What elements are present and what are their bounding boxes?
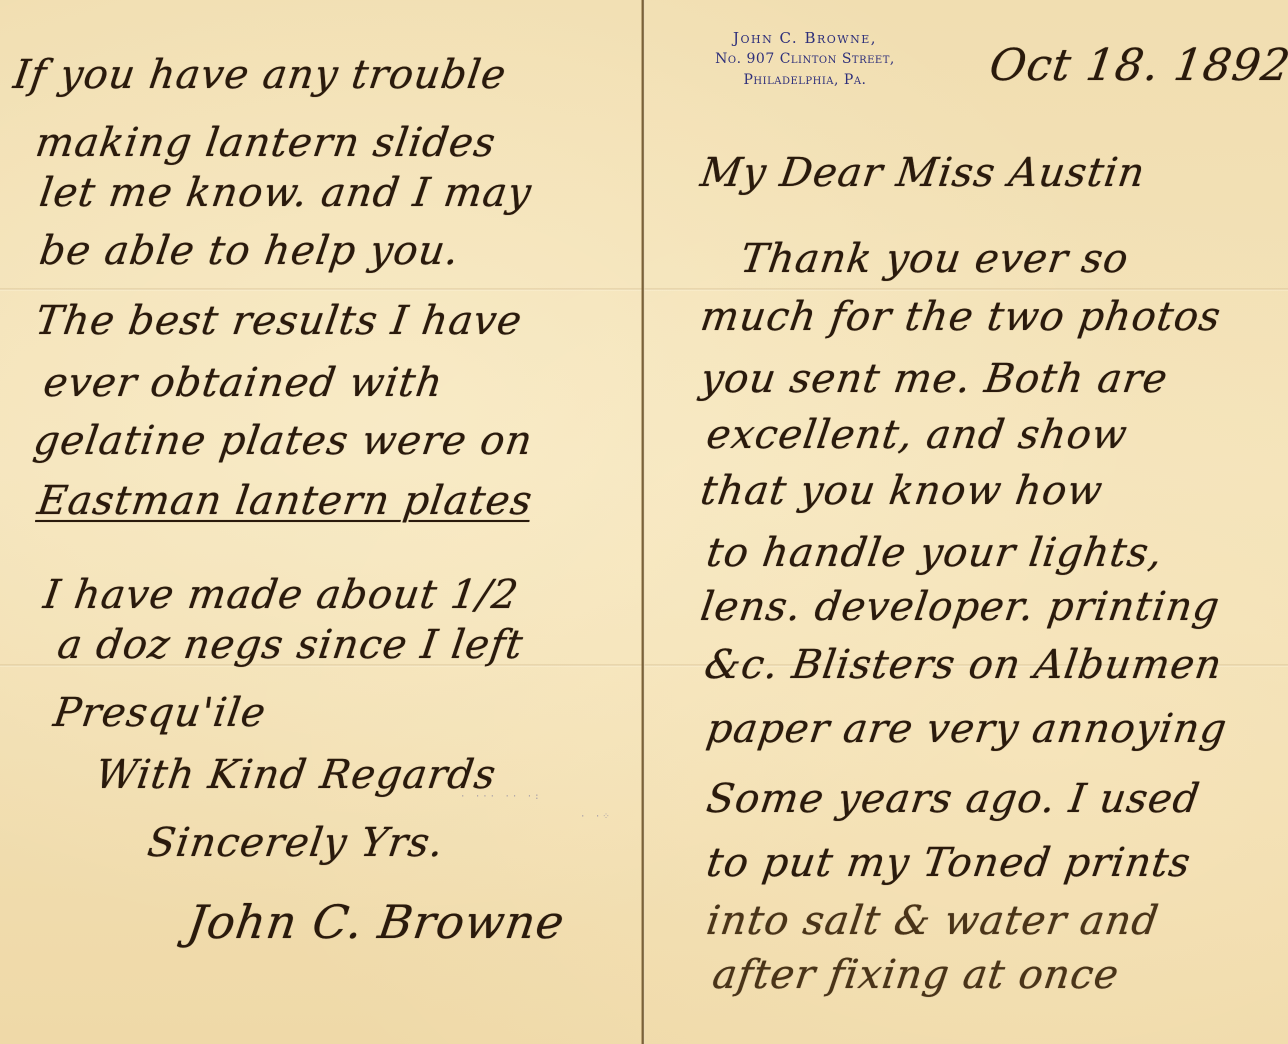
right-line-5: that you know how: [698, 468, 1106, 514]
left-line-2: making lantern slides: [33, 120, 499, 166]
right-line-8: &c. Blisters on Albumen: [702, 642, 1225, 688]
letterhead-name: John C. Browne,: [655, 28, 955, 49]
left-line-5: The best results I have: [33, 298, 525, 344]
right-line-6: to handle your lights,: [704, 530, 1166, 576]
valediction-line: Sincerely Yrs.: [145, 820, 447, 866]
letterhead: John C. Browne, No. 907 Clinton Street, …: [655, 28, 955, 91]
left-page: If you have any trouble making lantern s…: [0, 0, 641, 1044]
left-line-11: Presqu'ile: [51, 690, 269, 736]
right-line-10: Some years ago. I used: [704, 776, 1203, 822]
right-line-11: to put my Toned prints: [704, 840, 1194, 886]
left-line-4: be able to help you.: [37, 228, 463, 274]
right-line-1: Thank you ever so: [738, 236, 1132, 282]
right-page: John C. Browne, No. 907 Clinton Street, …: [645, 0, 1288, 1044]
right-line-3: you sent me. Both are: [698, 356, 1171, 402]
left-line-8: Eastman lantern plates: [35, 478, 536, 524]
closing-line: With Kind Regards: [93, 752, 499, 798]
right-line-9: paper are very annoying: [704, 706, 1230, 752]
stamp-residue-2: · ·⁘: [580, 812, 612, 822]
left-line-6: ever obtained with: [41, 360, 446, 406]
right-line-13: after fixing at once: [710, 952, 1122, 998]
right-line-7: lens. developer. printing: [698, 584, 1223, 630]
signature: John C. Browne: [184, 895, 568, 949]
letterhead-city: Philadelphia, Pa.: [655, 70, 955, 91]
left-line-10: a doz negs since I left: [55, 622, 527, 668]
right-line-2: much for the two photos: [698, 294, 1224, 340]
salutation: My Dear Miss Austin: [698, 150, 1148, 196]
stamp-residue-1: · ··· ·· ·:: [460, 792, 542, 802]
letterhead-address: No. 907 Clinton Street,: [655, 49, 955, 70]
left-line-9: I have made about 1/2: [41, 572, 522, 618]
right-line-12: into salt & water and: [704, 898, 1162, 944]
left-line-1: If you have any trouble: [11, 52, 510, 98]
left-line-3: let me know. and I may: [37, 170, 535, 216]
letter-scan: If you have any trouble making lantern s…: [0, 0, 1288, 1044]
left-line-7: gelatine plates were on: [31, 418, 536, 464]
right-line-4: excellent, and show: [704, 412, 1131, 458]
letter-date: Oct 18. 1892: [986, 40, 1288, 91]
